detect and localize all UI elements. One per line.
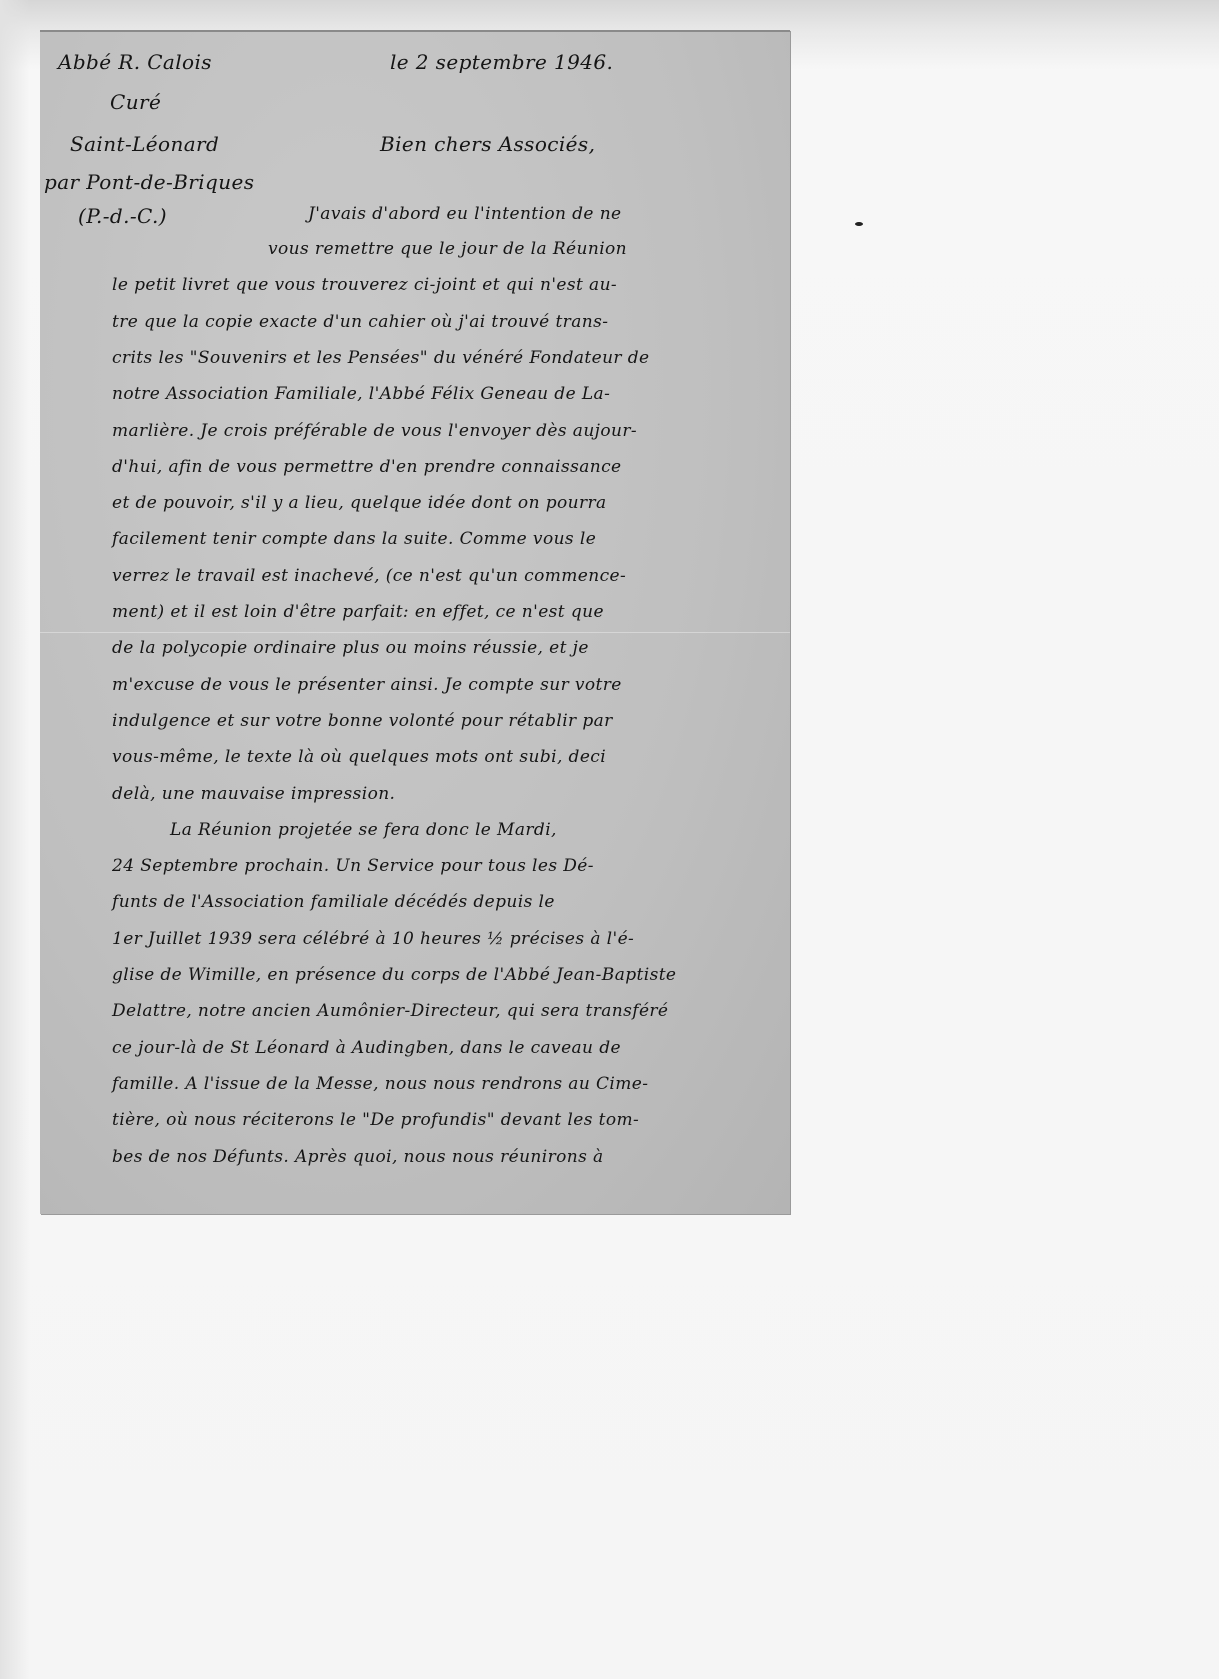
sender-department: (P.-d.-C.) — [78, 204, 167, 228]
body-line: ce jour-là de St Léonard à Audingben, da… — [112, 1038, 621, 1058]
body-line: vous remettre que le jour de la Réunion — [268, 239, 627, 259]
dust-speck — [855, 222, 863, 226]
body-line: J'avais d'abord eu l'intention de ne — [308, 204, 622, 224]
sender-locality: par Pont-de-Briques — [44, 170, 254, 194]
letter-date: le 2 septembre 1946. — [390, 50, 613, 74]
letter-page: Abbé R. Calois Curé Saint-Léonard par Po… — [40, 30, 790, 1214]
body-line: crits les "Souvenirs et les Pensées" du … — [112, 348, 650, 368]
body-line: et de pouvoir, s'il y a lieu, quelque id… — [112, 493, 607, 513]
sender-parish: Saint-Léonard — [70, 132, 219, 156]
body-line: facilement tenir compte dans la suite. C… — [112, 529, 596, 549]
body-line: ment) et il est loin d'être parfait: en … — [112, 602, 604, 622]
salutation: Bien chers Associés, — [380, 132, 595, 156]
body-line: vous-même, le texte là où quelques mots … — [112, 747, 606, 767]
body-line: Delattre, notre ancien Aumônier-Directeu… — [112, 1001, 668, 1021]
body-line: 24 Septembre prochain. Un Service pour t… — [112, 856, 594, 876]
body-line: tre que la copie exacte d'un cahier où j… — [112, 312, 608, 332]
body-line: notre Association Familiale, l'Abbé Féli… — [112, 384, 610, 404]
body-line: La Réunion projetée se fera donc le Mard… — [170, 820, 557, 840]
body-line: glise de Wimille, en présence du corps d… — [112, 965, 676, 985]
body-line: marlière. Je crois préférable de vous l'… — [112, 421, 637, 441]
body-line: le petit livret que vous trouverez ci-jo… — [112, 275, 617, 295]
body-line: m'excuse de vous le présenter ainsi. Je … — [112, 675, 622, 695]
body-line: indulgence et sur votre bonne volonté po… — [112, 711, 613, 731]
body-line: de la polycopie ordinaire plus ou moins … — [112, 638, 589, 658]
body-line: famille. A l'issue de la Messe, nous nou… — [112, 1074, 648, 1094]
body-line: verrez le travail est inachevé, (ce n'es… — [112, 566, 626, 586]
body-line: tière, où nous réciterons le "De profund… — [112, 1110, 639, 1130]
body-line: funts de l'Association familiale décédés… — [112, 892, 555, 912]
body-line: d'hui, afin de vous permettre d'en prend… — [112, 457, 621, 477]
sender-name: Abbé R. Calois — [58, 50, 212, 74]
sender-title: Curé — [110, 90, 161, 114]
body-line: bes de nos Défunts. Après quoi, nous nou… — [112, 1147, 604, 1167]
scanner-edge-shadow — [0, 0, 30, 1679]
paper-fold-line — [40, 632, 790, 633]
body-line: 1er Juillet 1939 sera célébré à 10 heure… — [112, 929, 634, 949]
body-line: delà, une mauvaise impression. — [112, 784, 395, 804]
